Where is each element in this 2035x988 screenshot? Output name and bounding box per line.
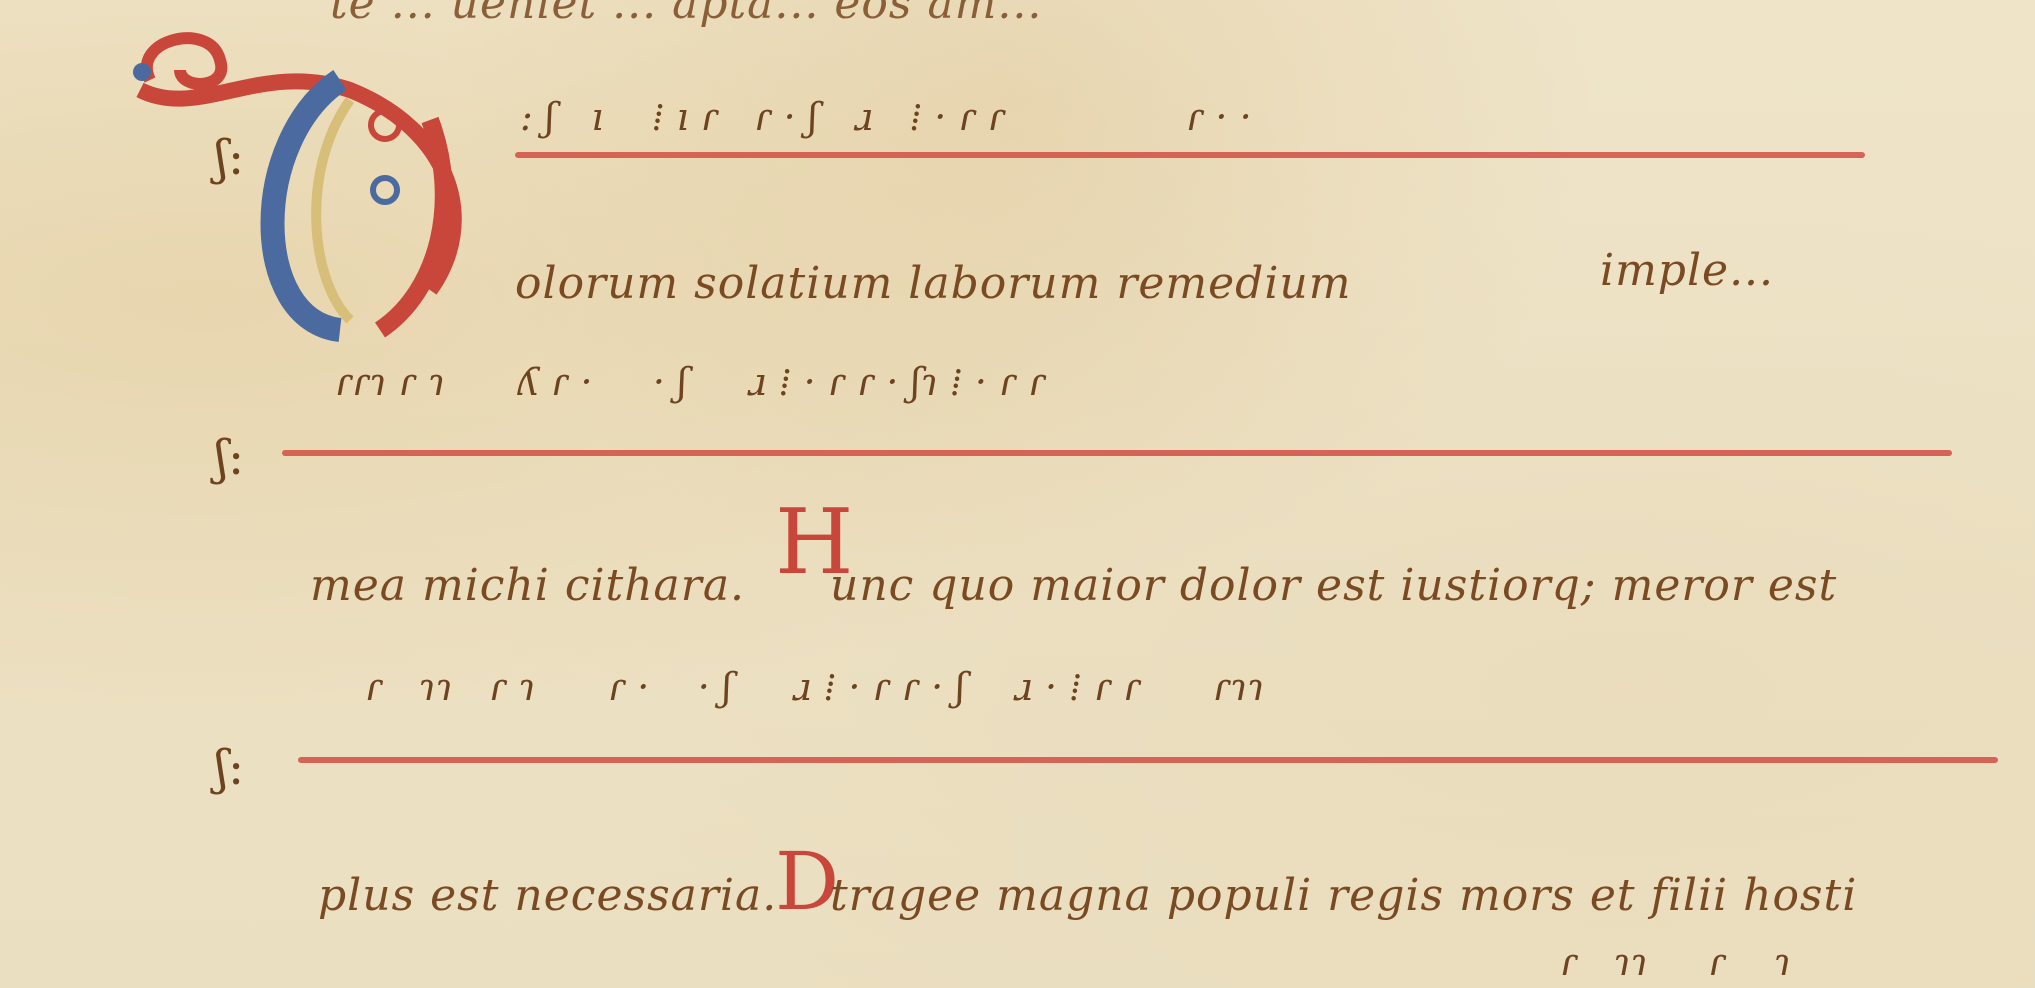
text-line-3: plus est necessaria.	[318, 870, 777, 921]
text-line-2: mea michi cithara.	[310, 560, 745, 611]
staff-line	[298, 757, 1998, 763]
staff-line	[515, 152, 1865, 158]
clef-mark: ʃ:	[215, 430, 244, 486]
text-line-2-continued: unc quo maior dolor est iustiorq; meror …	[830, 560, 1837, 611]
clef-mark: ʃ:	[215, 130, 244, 186]
neumes: ɾ ɿɿ ɾ ɿ ɾ · · ʃ ɹ ⁞ · ɾ ɾ · ʃ ɹ · ⁞ ɾ ɾ…	[365, 665, 1265, 710]
text-line-1: olorum solatium laborum remedium	[515, 258, 1351, 309]
neumes: ɾɾɿ ɾ ɿ ʎ ɾ · · ʃ ɹ ⁞ · ɾ ɾ · ʃɿ ⁞ · ɾ ɾ	[335, 360, 1046, 405]
text-line-3-continued: tragee magna populi regis mors et filii …	[830, 870, 1857, 921]
illuminated-initial-d	[120, 20, 500, 350]
staff-line	[282, 450, 1952, 456]
neumes: : ʃ ı ⁞ ı ɾ ɾ · ʃ ɹ ⁞ · ɾ ɾ ɾ · ·	[520, 95, 1252, 140]
text-line-1-tail: imple...	[1600, 245, 1774, 296]
manuscript-page: te ... ueniet ... apta... eos am... ʃ: :…	[0, 0, 2035, 988]
neumes: ɾ ɿɿ ɾ ɿ	[1560, 940, 1791, 984]
clef-mark: ʃ:	[215, 740, 244, 796]
